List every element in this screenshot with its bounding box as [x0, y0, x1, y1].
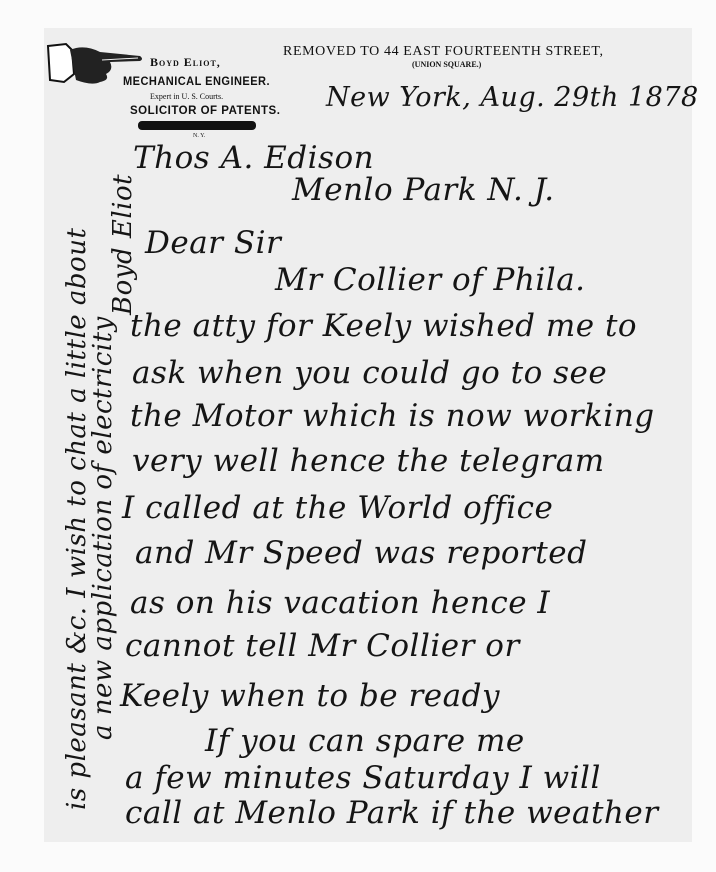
addressee-name: Thos A. Edison: [133, 140, 374, 176]
addressee-place: Menlo Park N. J.: [292, 172, 555, 208]
letterhead-solicitor: SOLICITOR OF PATENTS.: [130, 105, 280, 117]
body-line: ask when you could go to see: [132, 355, 607, 391]
body-line: If you can spare me: [205, 723, 525, 759]
letterhead-union-square: (UNION SQUARE.): [412, 60, 481, 69]
body-line: I called at the World office: [122, 490, 553, 526]
letterhead-address: REMOVED TO 44 EAST FOURTEENTH STREET,: [283, 44, 604, 60]
body-line: very well hence the telegram: [132, 443, 605, 479]
dateline: New York, Aug. 29th 1878: [326, 82, 699, 113]
letterhead-title: MECHANICAL ENGINEER.: [123, 74, 270, 88]
body-line: Keely when to be ready: [120, 678, 500, 714]
body-line: a few minutes Saturday I will: [125, 760, 601, 796]
margin-signature: Boyd Eliot: [108, 174, 138, 315]
body-line: cannot tell Mr Collier or: [125, 628, 520, 664]
body-line: call at Menlo Park if the weather: [125, 795, 659, 831]
body-line: the Motor which is now working: [130, 398, 655, 434]
letterhead-name: Boyd Eliot,: [150, 55, 221, 70]
body-line: as on his vacation hence I: [130, 585, 550, 621]
letterhead-city: N. Y.: [193, 133, 205, 139]
letterhead-expert: Expert in U. S. Courts.: [150, 92, 223, 101]
salutation: Dear Sir: [145, 225, 281, 261]
body-line: the atty for Keely wished me to: [130, 308, 637, 344]
body-line: and Mr Speed was reported: [135, 535, 587, 571]
margin-note-inner: a new application of electricity: [88, 316, 118, 740]
body-line: Mr Collier of Phila.: [275, 262, 586, 298]
letterhead-bar: [138, 121, 256, 130]
